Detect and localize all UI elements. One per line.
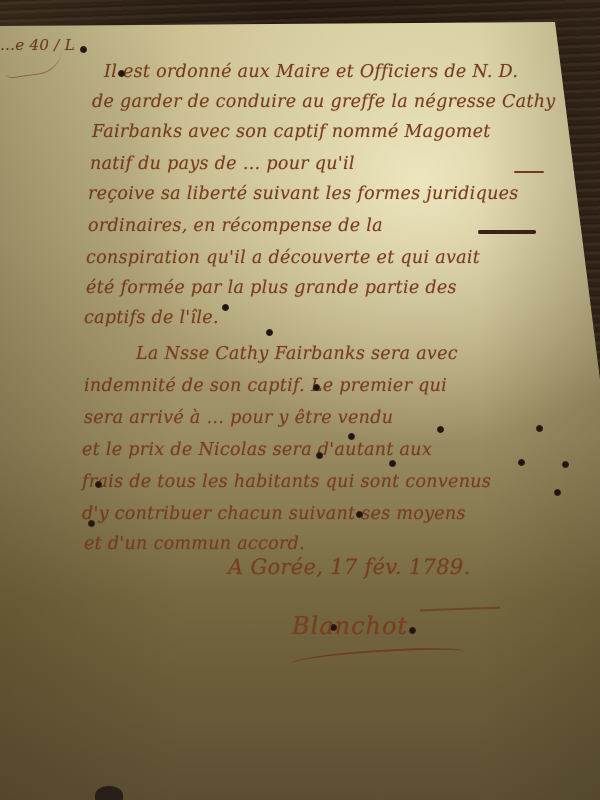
body-line: captifs de l'île. — [84, 308, 219, 328]
object-shadow — [95, 786, 123, 800]
date-line: A Gorée, 17 fév. 1789. — [228, 555, 471, 579]
ink-blot — [356, 511, 363, 518]
margin-flourish — [2, 44, 65, 79]
paper-sheet: …e 40 / L Il est ordonné aux Maire et Of… — [0, 0, 600, 800]
body-line: de garder de conduire au greffe la négre… — [92, 92, 556, 112]
body-line: sera arrivé à … pour y être vendu — [84, 408, 393, 428]
body-line: Il est ordonné aux Maire et Officiers de… — [104, 62, 518, 82]
body-line: frais de tous les habitants qui sont con… — [82, 472, 491, 492]
margin-note: …e 40 / L — [0, 36, 75, 54]
body-line: d'y contribuer chacun suivant ses moyens — [82, 504, 466, 524]
ink-blot — [95, 481, 102, 488]
ink-blot — [518, 459, 525, 466]
body-line: été formée par la plus grande partie des — [86, 278, 457, 298]
ink-blot — [222, 304, 229, 311]
ink-dash-mark — [514, 171, 544, 173]
ink-blot — [409, 627, 416, 634]
signature-bar — [420, 607, 500, 612]
ink-dash-mark — [478, 230, 536, 234]
ink-blot — [313, 384, 320, 391]
ink-blot — [437, 426, 444, 433]
body-line: reçoive sa liberté suivant les formes ju… — [88, 184, 519, 204]
ink-blot — [330, 624, 337, 631]
body-line: ordinaires, en récompense de la — [88, 216, 383, 236]
ink-blot — [554, 489, 561, 496]
body-line: et le prix de Nicolas sera d'autant aux — [82, 440, 432, 460]
ink-blot — [316, 452, 323, 459]
ink-blot — [88, 520, 95, 527]
signature-flourish — [290, 645, 466, 670]
ink-blot — [80, 46, 87, 53]
signature: Blanchot — [292, 612, 408, 640]
body-line: La Nsse Cathy Fairbanks sera avec — [136, 344, 458, 364]
body-line: conspiration qu'il a découverte et qui a… — [86, 248, 480, 268]
ink-blot — [536, 425, 543, 432]
ink-blot — [118, 70, 125, 77]
body-line: indemnité de son captif. Le premier qui — [84, 376, 447, 396]
ink-blot — [348, 433, 355, 440]
body-line: natif du pays de … pour qu'il — [90, 154, 355, 174]
ink-blot — [389, 460, 396, 467]
body-line: Fairbanks avec son captif nommé Magomet — [92, 122, 491, 142]
ink-blot — [266, 329, 273, 336]
ink-blot — [562, 461, 569, 468]
body-line: et d'un commun accord. — [84, 534, 305, 554]
